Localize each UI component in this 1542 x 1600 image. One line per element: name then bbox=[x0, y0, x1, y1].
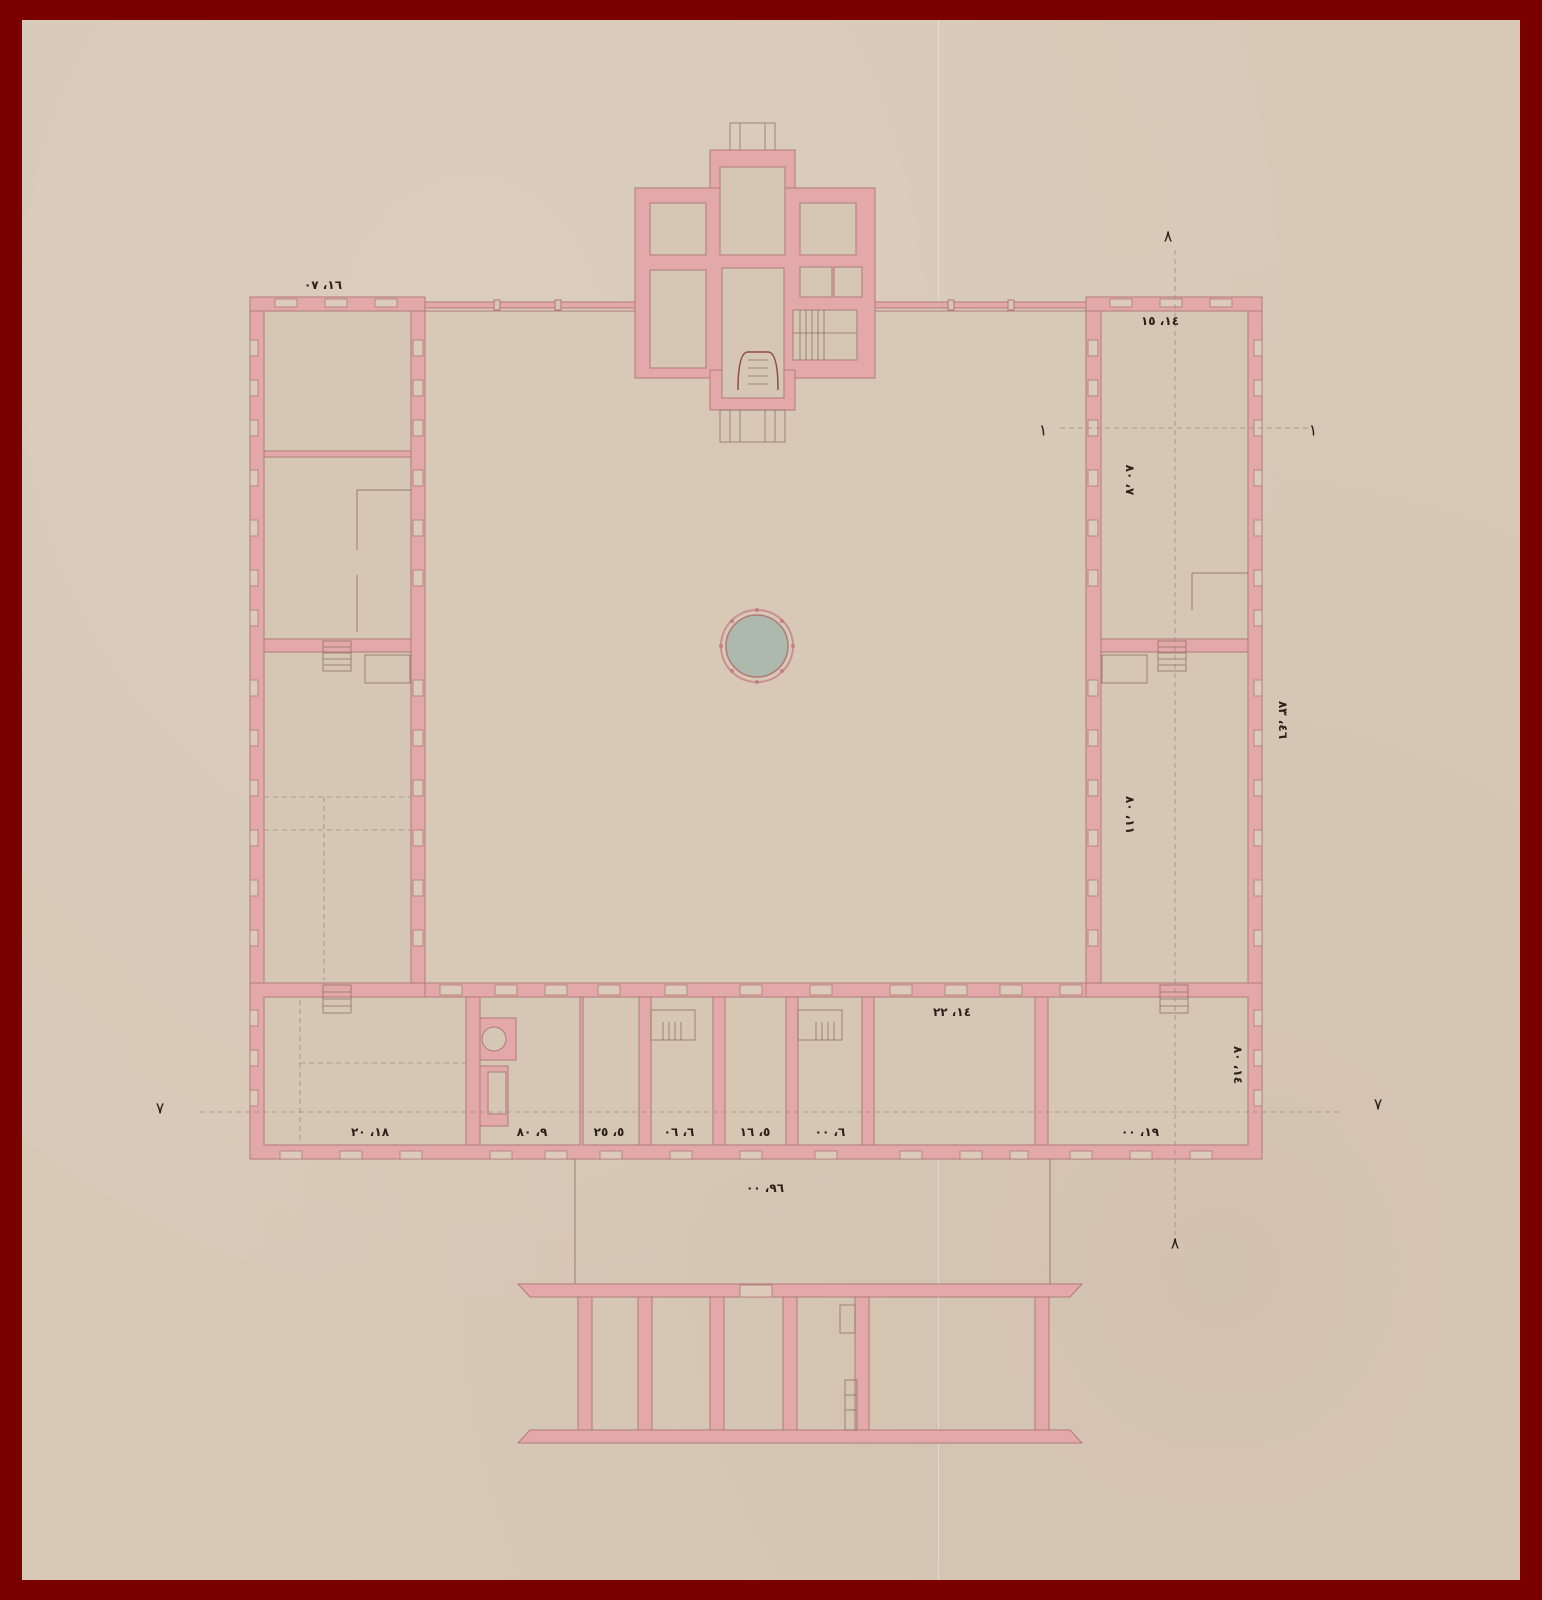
section-marker-top-right: ٨ bbox=[1164, 227, 1173, 246]
room-w3 bbox=[264, 652, 411, 983]
dimension-label-se-room-side: ١٤، ٨٠ bbox=[1231, 1046, 1245, 1084]
main-building bbox=[250, 297, 1262, 1159]
section-marker-bottom-right: ٨ bbox=[1171, 1234, 1180, 1253]
dimension-label-s-room-7: ١٤، ٢٢ bbox=[933, 1005, 971, 1019]
dimension-label-s-room-5: ٥، ١٦ bbox=[740, 1125, 771, 1139]
room-sw bbox=[264, 997, 466, 1145]
room-s3 bbox=[583, 997, 639, 1145]
dimension-label-s-room-2: ٩، ٨٠ bbox=[517, 1125, 548, 1139]
room-nw bbox=[264, 311, 411, 451]
dimension-label-s-room-4: ٦، ٠٦ bbox=[664, 1125, 695, 1139]
dimension-label-s-room-6: ٦، ٠٠ bbox=[815, 1125, 846, 1139]
section-marker-right: ٧ bbox=[1374, 1095, 1383, 1114]
dimension-label-east-wing-lower: ١١، ٨٠ bbox=[1123, 796, 1137, 834]
dimension-label-overall-width: ٩٦، ٠٠ bbox=[746, 1181, 784, 1195]
dimension-label-sw-room: ١٨، ٢٠ bbox=[351, 1125, 389, 1139]
room-s6 bbox=[798, 997, 862, 1145]
room-s5 bbox=[725, 997, 786, 1145]
room-w2 bbox=[264, 457, 411, 639]
section-plan bbox=[518, 1284, 1082, 1443]
dimension-label-ne-room: ١٤، ١٥ bbox=[1141, 314, 1179, 328]
room-se bbox=[1048, 997, 1248, 1145]
section-marker-a-right: ١ bbox=[1309, 421, 1318, 440]
section-marker-left: ٧ bbox=[156, 1099, 165, 1118]
room-s4 bbox=[651, 997, 713, 1145]
room-s7 bbox=[874, 997, 1035, 1145]
dimension-label-east-wing-upper: ٧، ٨٠ bbox=[1123, 465, 1137, 496]
dimension-label-nw-room: ١٦، ٠٧ bbox=[304, 278, 342, 292]
section-marker-a-left: ١ bbox=[1039, 421, 1048, 440]
dimension-label-s-room-3: ٥، ٢٥ bbox=[594, 1125, 625, 1139]
dimension-label-se-room: ١٩، ٠٠ bbox=[1121, 1125, 1159, 1139]
dimension-label-east-outer: ٤٦، ٨٣ bbox=[1276, 701, 1290, 739]
floor-plan: .w{fill:#e3a9aa;stroke:#b07a78;stroke-wi… bbox=[0, 0, 1542, 1600]
